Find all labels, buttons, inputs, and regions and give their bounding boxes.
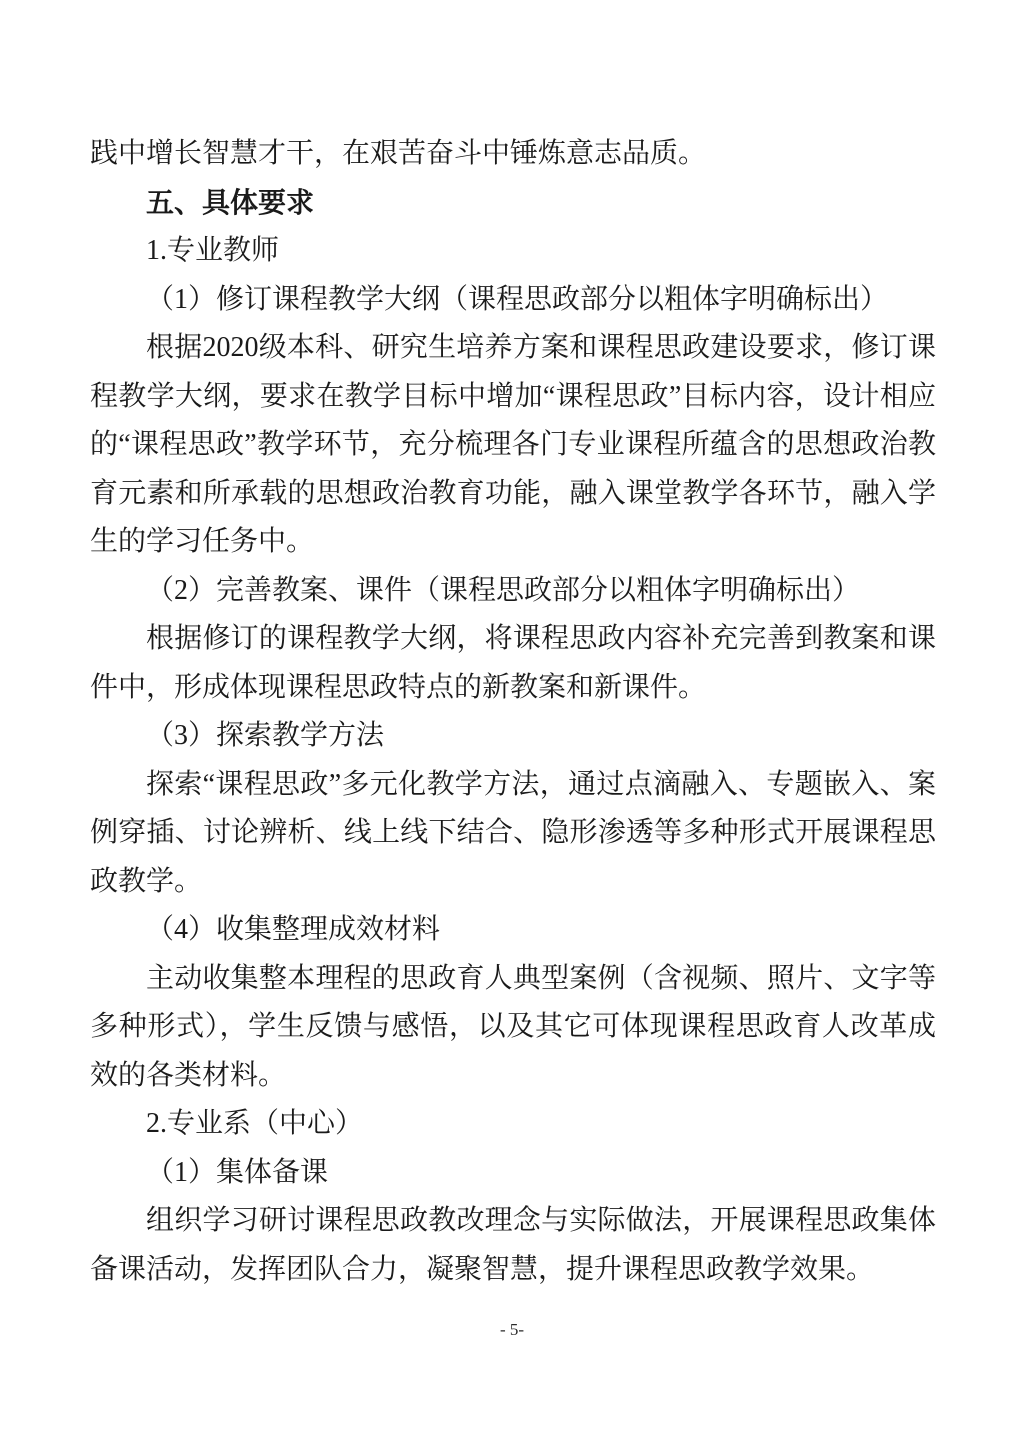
continuation-line: 践中增长智慧才干，在艰苦奋斗中锤炼意志品质。 — [90, 130, 936, 179]
section-heading: 五、具体要求 — [90, 179, 936, 228]
document-body: 践中增长智慧才干，在艰苦奋斗中锤炼意志品质。五、具体要求1.专业教师（1）修订课… — [90, 130, 936, 1294]
numbered-item: 1.专业教师 — [90, 227, 936, 276]
body-paragraph: 组织学习研讨课程思政教改理念与实际做法，开展课程思政集体备课活动，发挥团队合力，… — [90, 1197, 936, 1294]
body-paragraph: 主动收集整本理程的思政育人典型案例（含视频、照片、文字等多种形式），学生反馈与感… — [90, 955, 936, 1101]
sub-item: （4）收集整理成效材料 — [90, 906, 936, 955]
page-number: - 5- — [500, 1320, 524, 1339]
numbered-item: 2.专业系（中心） — [90, 1100, 936, 1149]
page-footer: - 5- — [0, 1320, 1024, 1340]
body-paragraph: 探索“课程思政”多元化教学方法，通过点滴融入、专题嵌入、案例穿插、讨论辨析、线上… — [90, 761, 936, 907]
body-paragraph: 根据修订的课程教学大纲，将课程思政内容补充完善到教案和课件中，形成体现课程思政特… — [90, 615, 936, 712]
document-page: 践中增长智慧才干，在艰苦奋斗中锤炼意志品质。五、具体要求1.专业教师（1）修订课… — [0, 0, 1024, 1448]
body-paragraph: 根据2020级本科、研究生培养方案和课程思政建设要求，修订课程教学大纲，要求在教… — [90, 324, 936, 567]
sub-item: （3）探索教学方法 — [90, 712, 936, 761]
sub-item: （1）集体备课 — [90, 1149, 936, 1198]
sub-item: （2）完善教案、课件（课程思政部分以粗体字明确标出） — [90, 567, 936, 616]
sub-item: （1）修订课程教学大纲（课程思政部分以粗体字明确标出） — [90, 276, 936, 325]
